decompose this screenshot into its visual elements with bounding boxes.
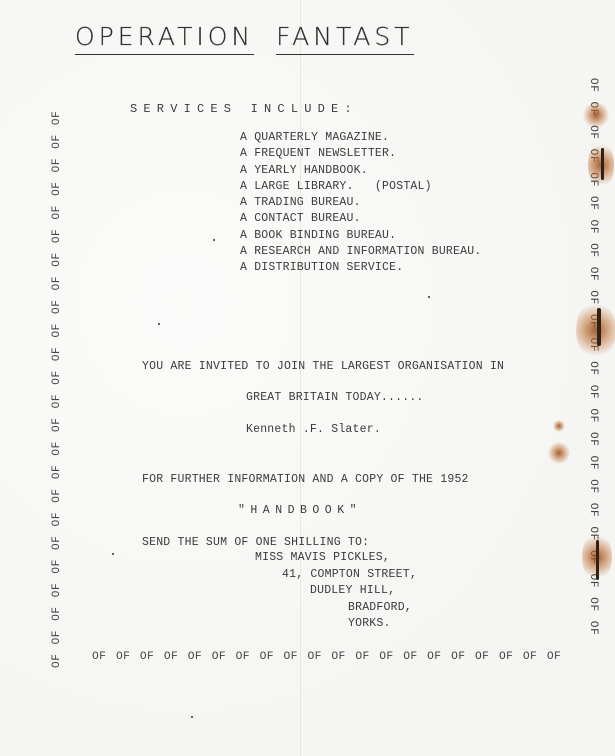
mailing-address: MISS MAVIS PICKLES,41, COMPTON STREET,DU…	[0, 550, 135, 633]
burn-stain	[553, 420, 565, 432]
ink-speck	[213, 239, 215, 241]
service-item: A CONTACT BUREAU.	[240, 211, 481, 227]
invitation-line-2: GREAT BRITAIN TODAY......	[246, 390, 424, 406]
service-item: A RESEARCH AND INFORMATION BUREAU.	[240, 244, 481, 260]
of-border-bottom: OF OF OF OF OF OF OF OF OF OF OF OF OF O…	[92, 651, 561, 663]
address-line: BRADFORD,	[348, 600, 483, 617]
of-border-left: OF OF OF OF OF OF OF OF OF OF OF OF OF O…	[52, 111, 63, 668]
services-heading: SERVICES INCLUDE:	[130, 101, 358, 117]
ink-speck	[428, 296, 430, 298]
service-item: A YEARLY HANDBOOK.	[240, 163, 481, 179]
send-instructions: SEND THE SUM OF ONE SHILLING TO:	[142, 535, 369, 551]
ink-speck	[191, 716, 193, 718]
signature: Kenneth .F. Slater.	[246, 422, 381, 438]
title-word-fantast: FANTAST	[276, 22, 413, 55]
document-title: OPERATIONFANTAST	[75, 22, 414, 55]
service-item: A QUARTERLY MAGAZINE.	[240, 130, 481, 146]
address-line: 41, COMPTON STREET,	[282, 567, 417, 584]
burn-stain	[576, 300, 615, 360]
burn-mark	[597, 308, 601, 346]
address-line: MISS MAVIS PICKLES,	[255, 550, 390, 567]
invitation-line-1: YOU ARE INVITED TO JOIN THE LARGEST ORGA…	[142, 359, 504, 375]
burn-stain	[548, 442, 570, 464]
title-word-operation: OPERATION	[75, 22, 254, 55]
burn-mark	[601, 148, 604, 180]
handbook-title: "HANDBOOK"	[238, 503, 362, 519]
address-line: YORKS.	[348, 616, 483, 633]
further-info-line: FOR FURTHER INFORMATION AND A COPY OF TH…	[142, 472, 469, 488]
ink-speck	[112, 553, 114, 555]
service-item: A BOOK BINDING BUREAU.	[240, 228, 481, 244]
service-item: A LARGE LIBRARY. (POSTAL)	[240, 179, 481, 195]
service-item: A TRADING BUREAU.	[240, 195, 481, 211]
burn-mark	[596, 540, 599, 580]
service-item: A DISTRIBUTION SERVICE.	[240, 260, 481, 276]
burn-stain	[583, 102, 609, 128]
address-line: DUDLEY HILL,	[310, 583, 445, 600]
service-item: A FREQUENT NEWSLETTER.	[240, 146, 481, 162]
services-list: A QUARTERLY MAGAZINE.A FREQUENT NEWSLETT…	[240, 130, 481, 277]
ink-speck	[158, 323, 160, 325]
